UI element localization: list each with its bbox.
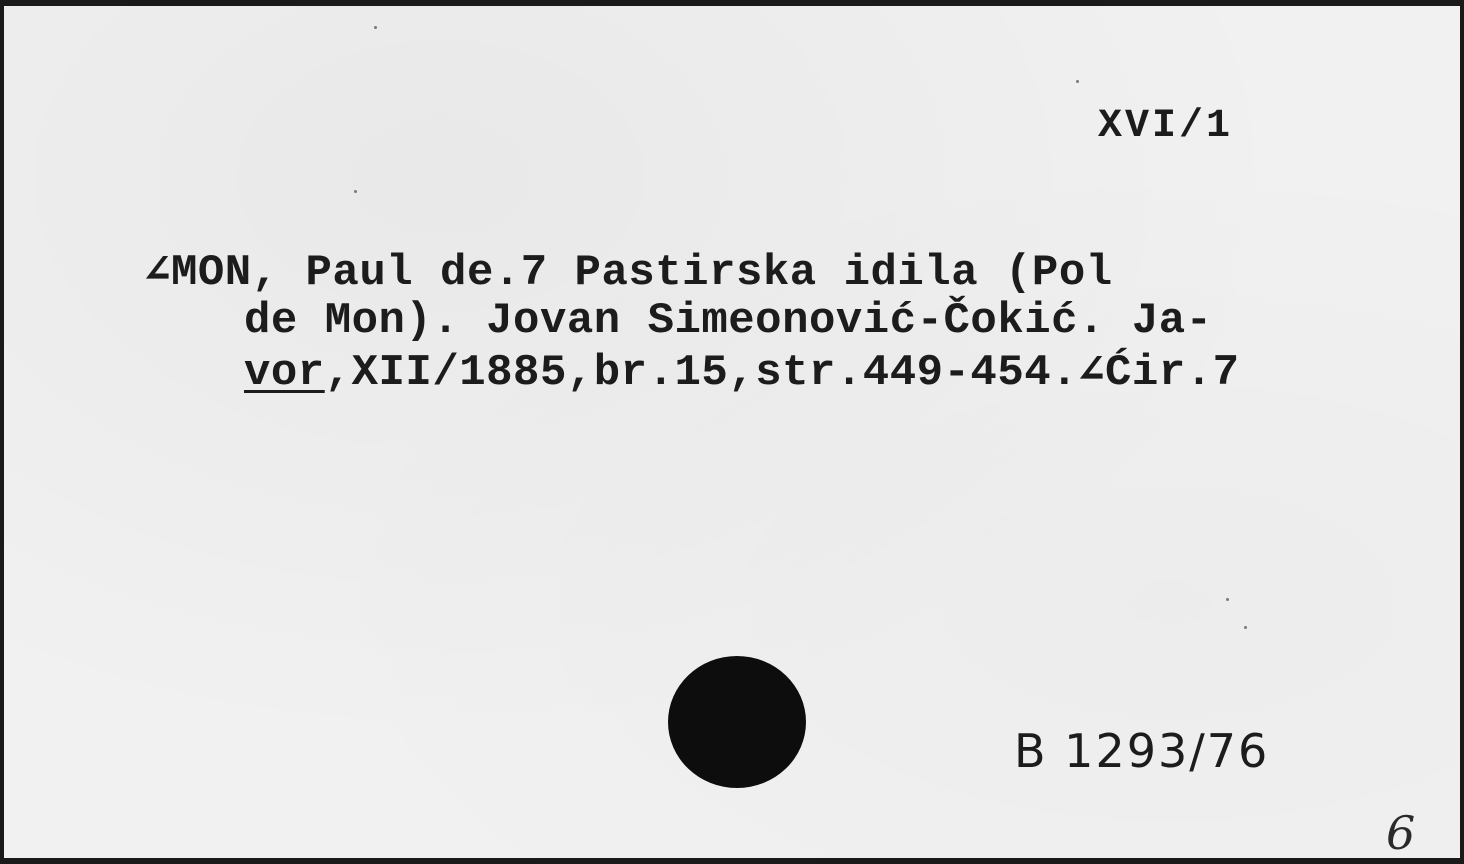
publication-details: ,XII/1885,br.15,str.449-454.∠Ćir.7 (325, 348, 1240, 398)
shelfmark: B 1293/76 (1014, 724, 1269, 778)
handwritten-mark: 6 (1386, 806, 1415, 860)
paper-speck (1226, 598, 1229, 601)
call-number: XVI/1 (1098, 104, 1233, 149)
paper-speck (354, 190, 357, 193)
catalog-card: XVI/1 ∠MON, Paul de.7 Pastirska idila (P… (4, 6, 1460, 858)
entry-line-2: de Mon). Jovan Simeonović-Čokić. Ja- (244, 296, 1213, 346)
entry-line-1: ∠MON, Paul de.7 Pastirska idila (Pol (144, 244, 1113, 298)
paper-speck (374, 26, 377, 29)
journal-title: vor (244, 348, 325, 398)
paper-speck (1076, 80, 1079, 83)
paper-speck (1244, 626, 1247, 629)
punch-hole-icon (668, 656, 806, 788)
entry-line-3: vor,XII/1885,br.15,str.449-454.∠Ćir.7 (244, 344, 1240, 398)
